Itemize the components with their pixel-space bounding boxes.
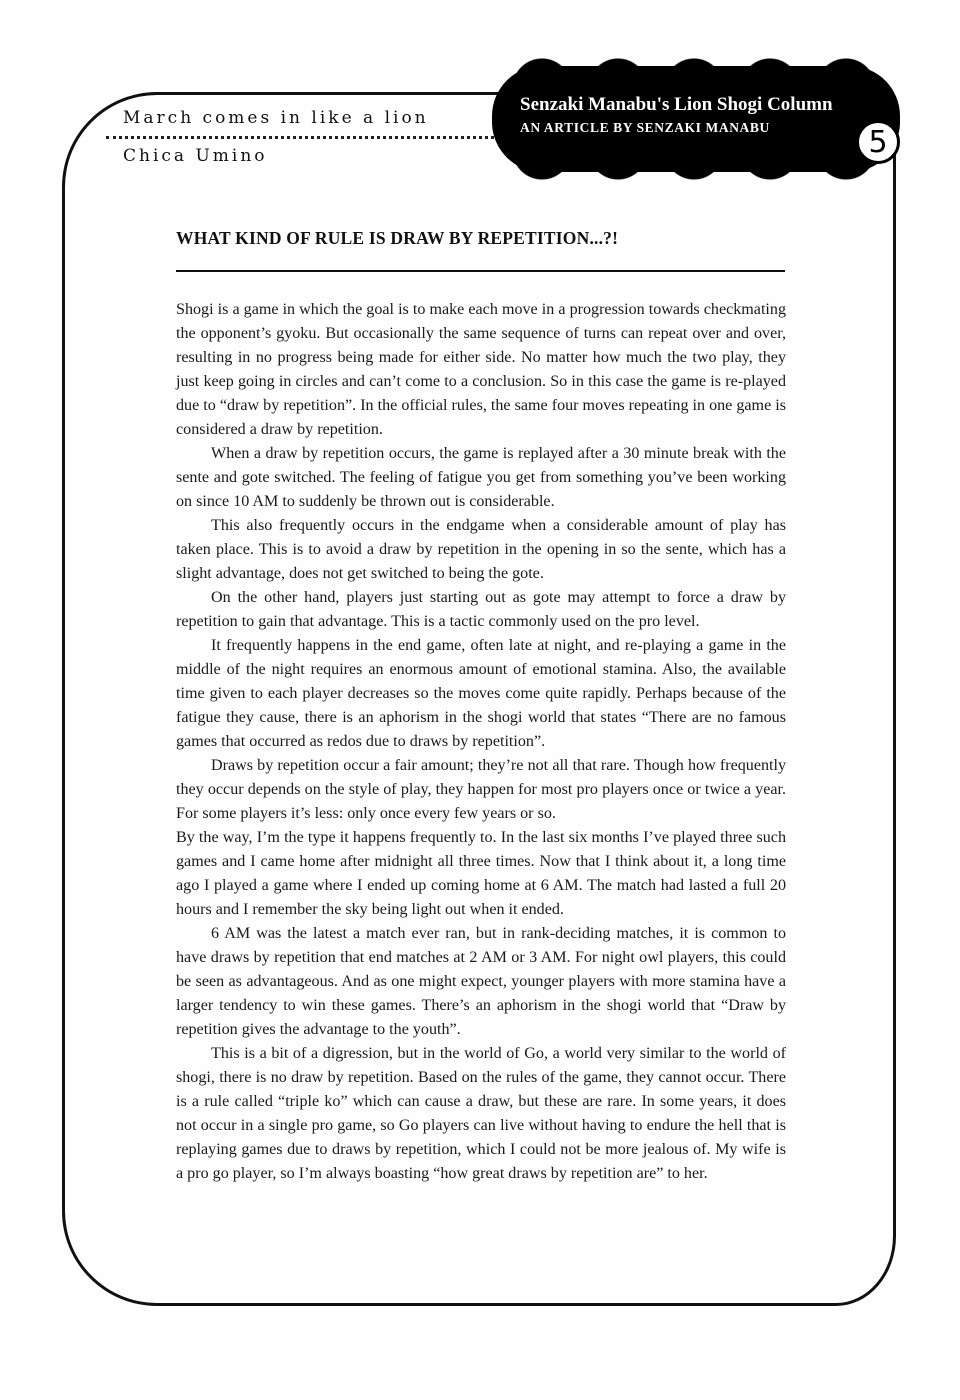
column-subtitle: AN ARTICLE BY SENZAKI MANABU	[520, 120, 770, 136]
paragraph: This is a bit of a digression, but in th…	[176, 1042, 786, 1186]
paragraph: This also frequently occurs in the endga…	[176, 514, 786, 586]
paragraph: It frequently happens in the end game, o…	[176, 634, 786, 754]
paragraph: When a draw by repetition occurs, the ga…	[176, 442, 786, 514]
column-title: Senzaki Manabu's Lion Shogi Column	[520, 94, 833, 116]
article-title: WHAT KIND OF RULE IS DRAW BY REPETITION.…	[176, 228, 618, 249]
series-title: March comes in like a lion	[123, 108, 429, 128]
paragraph: Shogi is a game in which the goal is to …	[176, 298, 786, 442]
dotted-divider	[106, 136, 501, 139]
title-rule	[176, 270, 785, 272]
paragraph: On the other hand, players just starting…	[176, 586, 786, 634]
paragraph: By the way, I’m the type it happens freq…	[176, 826, 786, 922]
series-author: Chica Umino	[123, 146, 268, 166]
article-body: Shogi is a game in which the goal is to …	[176, 298, 786, 1186]
paragraph: Draws by repetition occur a fair amount;…	[176, 754, 786, 826]
paragraph: 6 AM was the latest a match ever ran, bu…	[176, 922, 786, 1042]
column-badge: Senzaki Manabu's Lion Shogi Column AN AR…	[492, 66, 900, 172]
column-number-badge: 5	[856, 120, 900, 164]
